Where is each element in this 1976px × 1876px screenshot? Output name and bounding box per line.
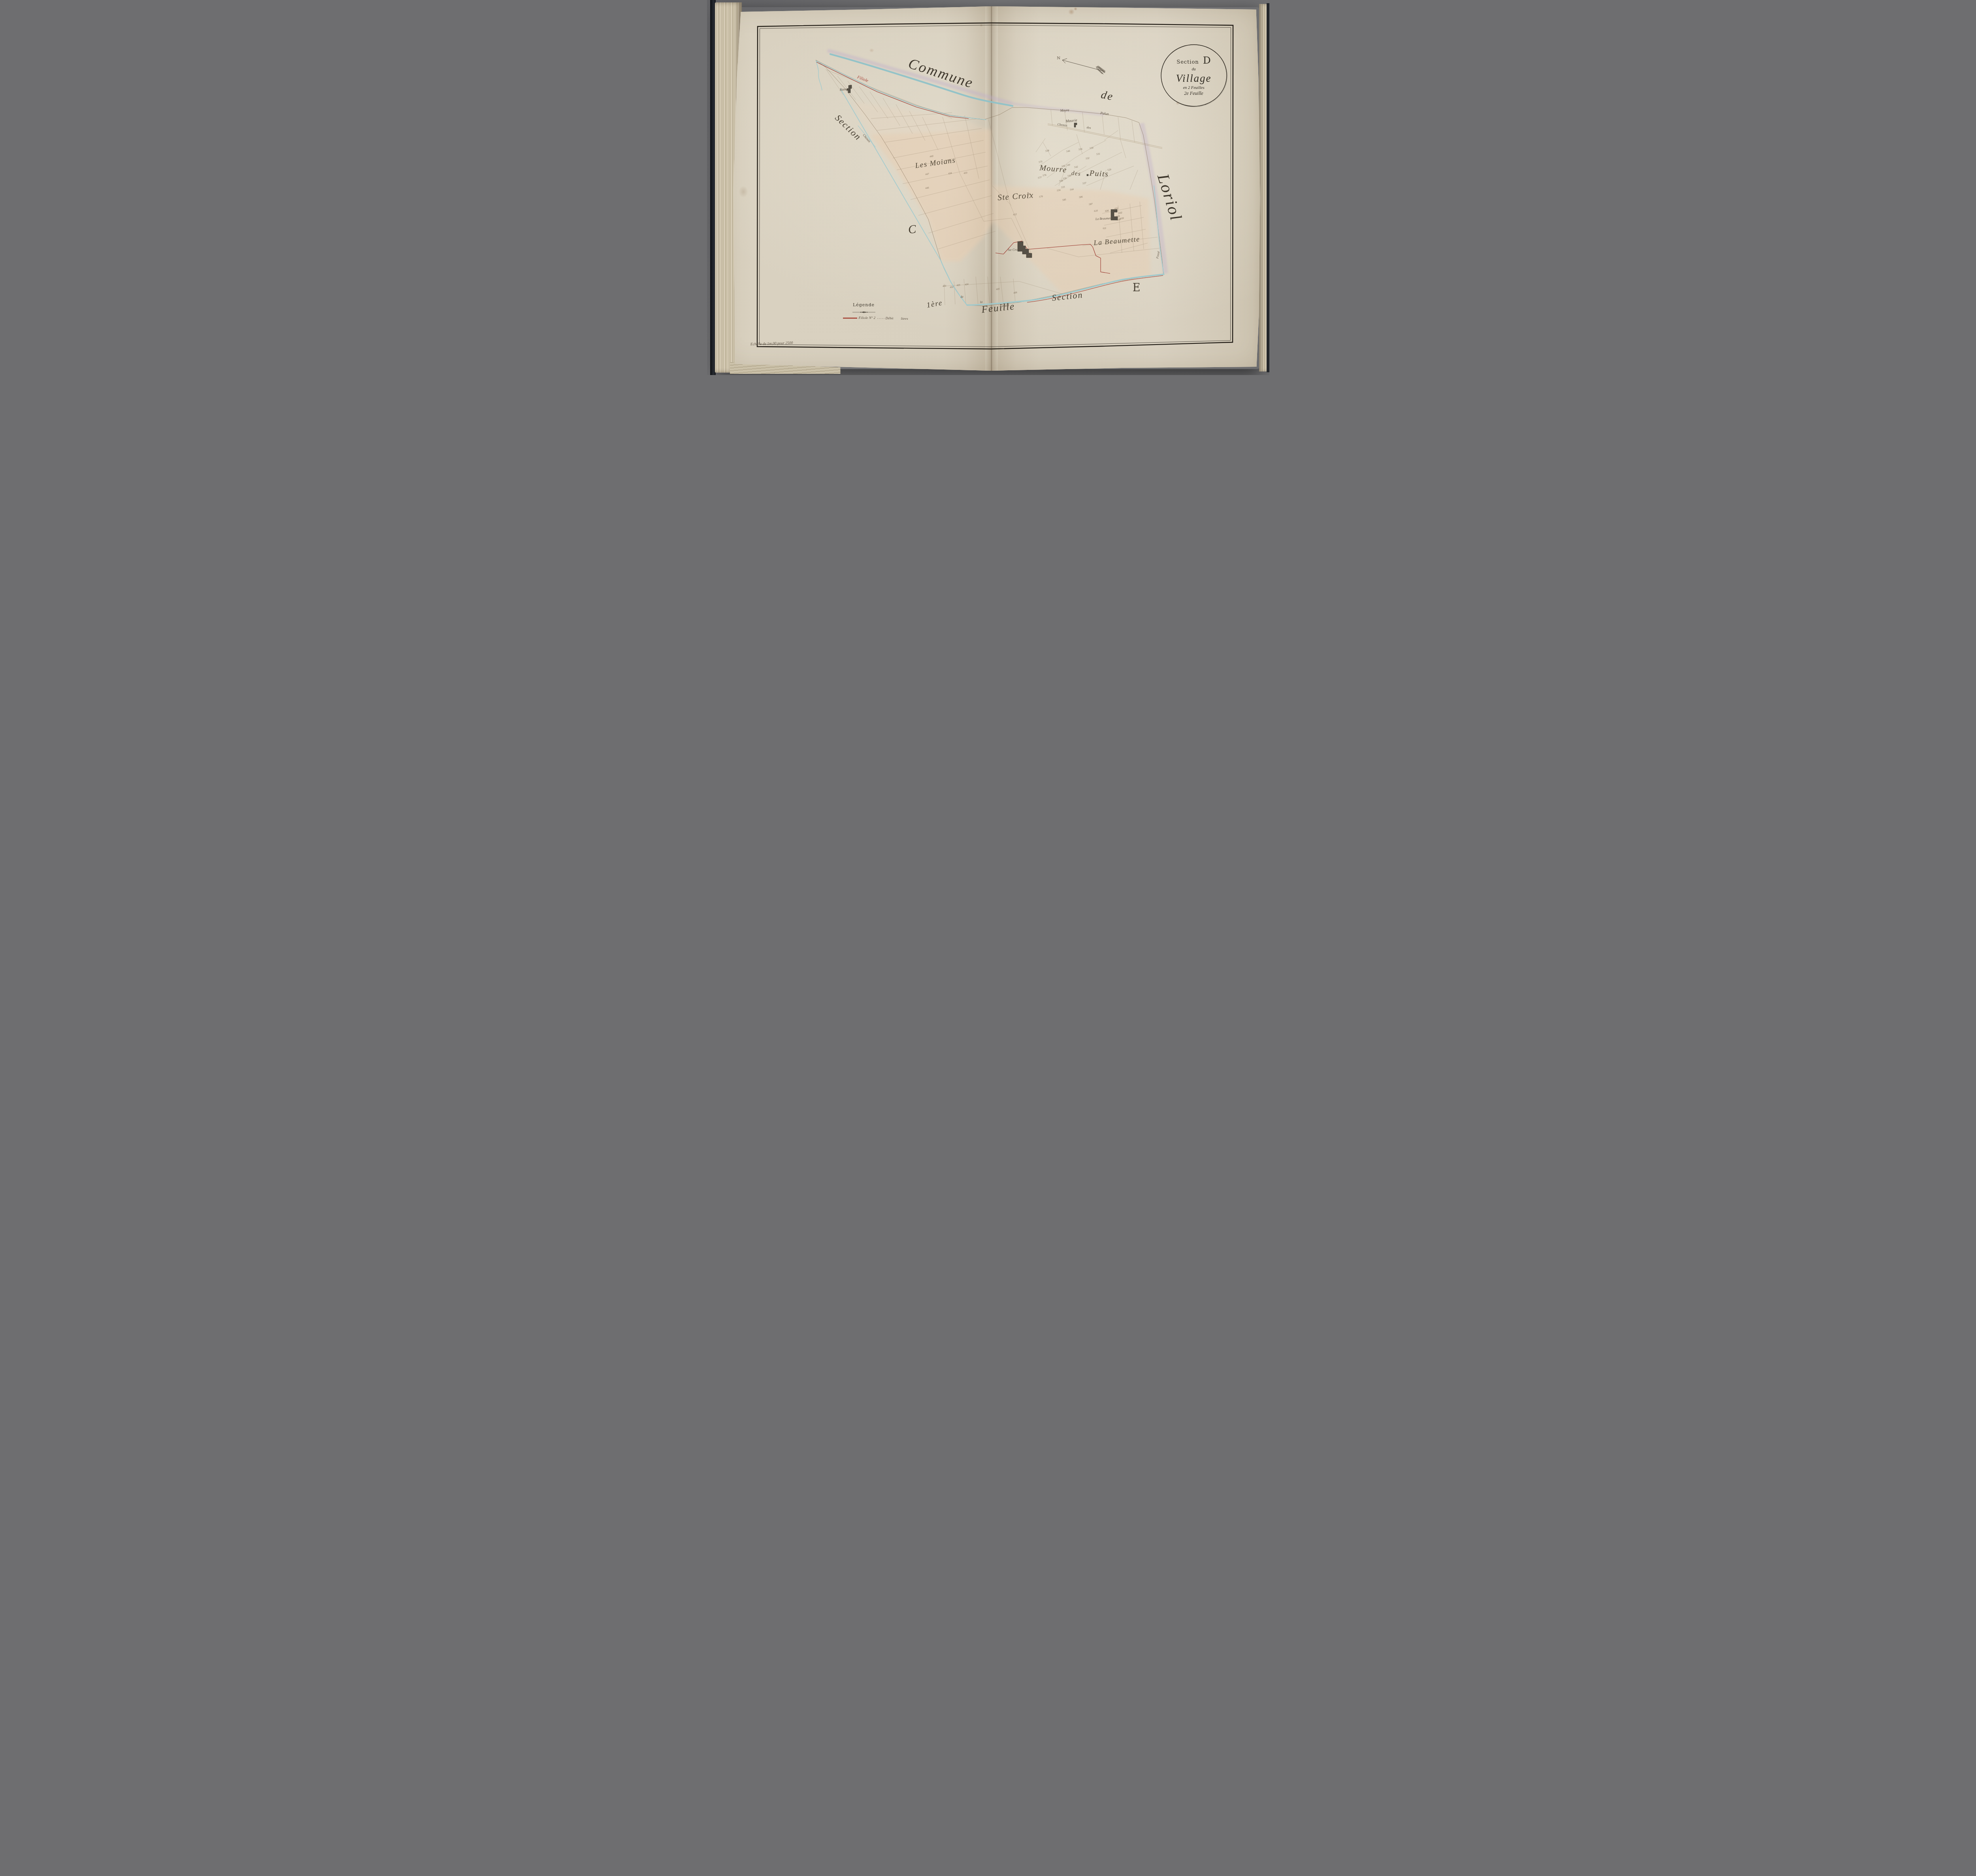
north-arrow-icon xyxy=(1062,58,1105,74)
legend-entry-debit: Débit xyxy=(886,316,894,320)
cartouche-title: Village xyxy=(1176,72,1212,85)
cartouche: Section D du Village en 2 Feuilles 2e Fe… xyxy=(1160,44,1228,107)
legend-entry-unit: litres xyxy=(901,317,908,321)
building-maurie xyxy=(1074,123,1077,127)
apex-brook xyxy=(816,61,822,90)
legend-title: Légende xyxy=(853,302,875,307)
cartouche-subtitle: en 2 Feuilles xyxy=(1183,86,1204,90)
map-sheet: CommunedeLoriolSectionC1èreFeuilleSectio… xyxy=(707,0,1269,375)
cartouche-sheet-number: 2e Feuille xyxy=(1184,91,1203,96)
book-cover-right xyxy=(1267,3,1269,372)
photo-of-cadastral-atlas: CommunedeLoriolSectionC1èreFeuilleSectio… xyxy=(707,0,1269,375)
cartouche-section-label: Section xyxy=(1177,59,1199,65)
color-washes xyxy=(828,51,1165,294)
cartouche-section-letter: D xyxy=(1203,55,1211,66)
cartouche-du: du xyxy=(1192,67,1196,72)
riviere-stream xyxy=(830,54,1013,106)
legend-entry-name: Filiole N° 2 xyxy=(859,316,876,320)
building-well xyxy=(1087,174,1088,176)
